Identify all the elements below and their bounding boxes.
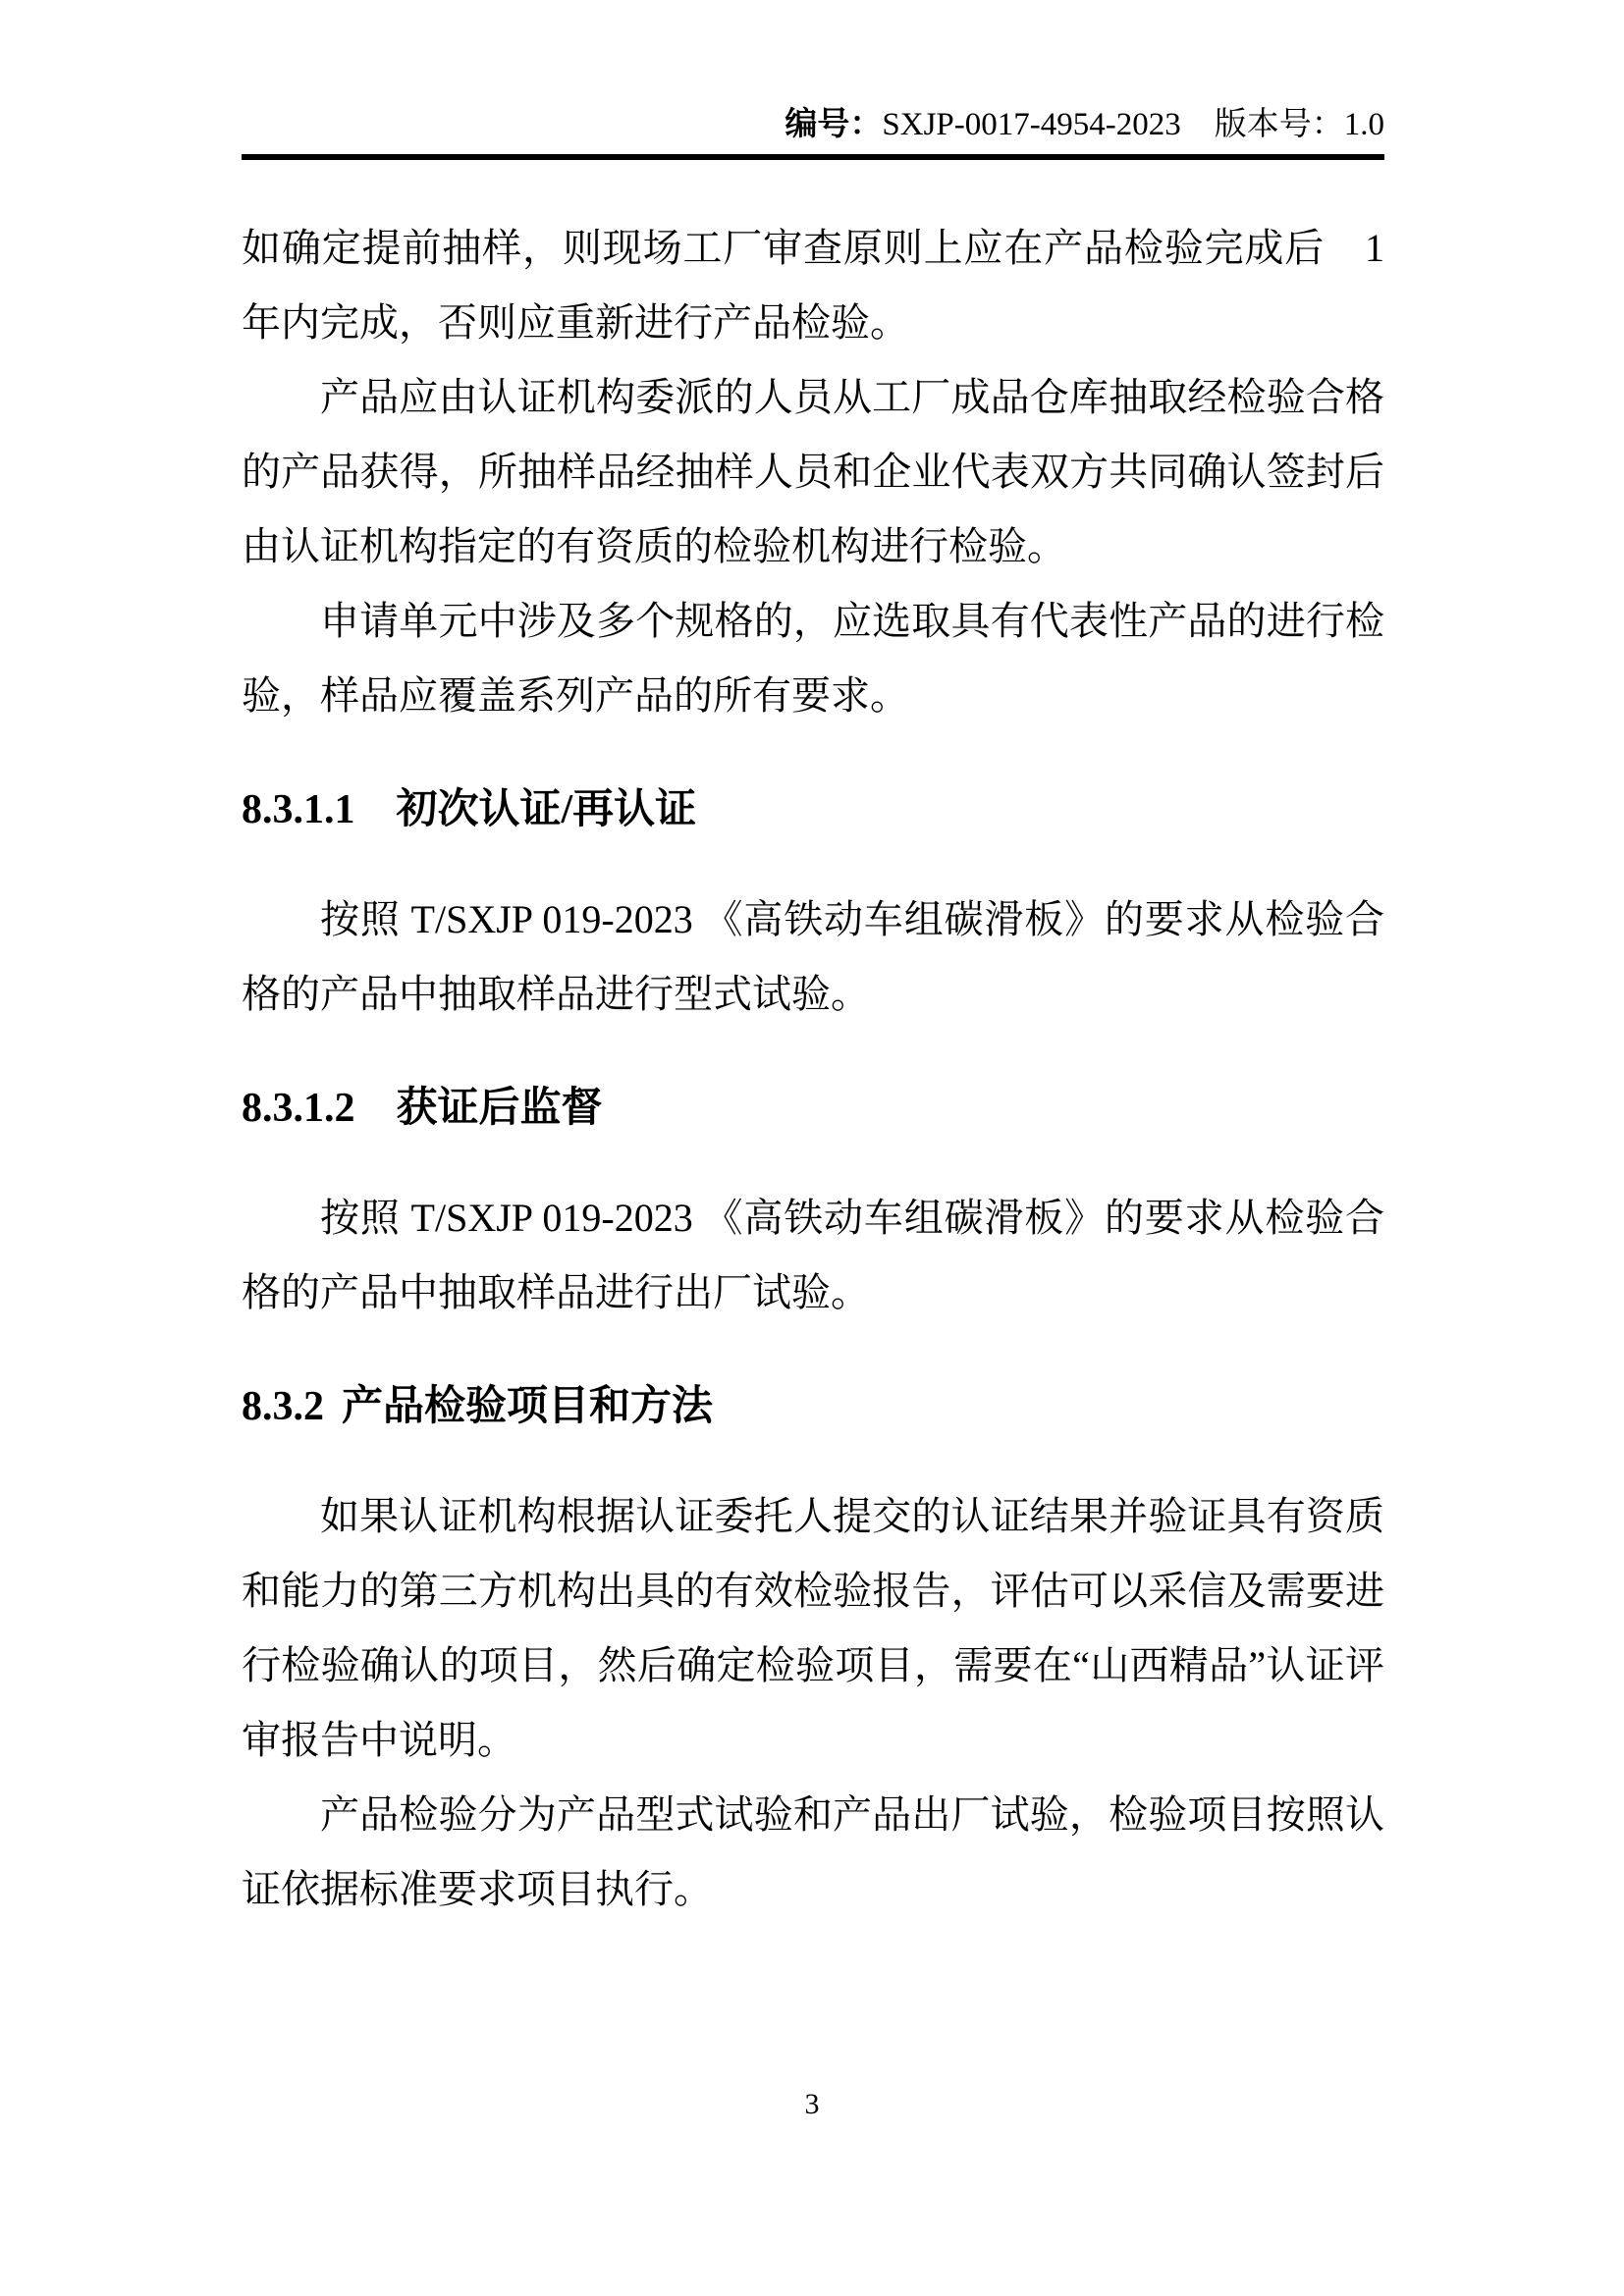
document-page: 编号：SXJP-0017-4954-2023版本号：1.0 如确定提前抽样，则现… [0, 0, 1624, 2296]
heading-post-certification-number: 8.3.1.2 [242, 1086, 355, 1131]
header-divider-rule [242, 154, 1384, 160]
paragraph-factory-test: 按照 T/SXJP 019-2023 《高铁动车组碳滑板》的要求从检验合格的产品… [242, 1181, 1384, 1330]
heading-post-certification-title: 获证后监督 [397, 1086, 603, 1131]
heading-initial-certification-number: 8.3.1.1 [242, 787, 355, 832]
paragraph-test-classification: 产品检验分为产品型式试验和产品出厂试验，检验项目按照认证依据标准要求项目执行。 [242, 1778, 1384, 1927]
document-body: 如确定提前抽样，则现场工厂审查原则上应在产品检验完成后 1 年内完成，否则应重新… [242, 211, 1384, 1927]
heading-inspection-items-methods: 8.3.2产品检验项目和方法 [242, 1369, 1384, 1444]
paragraph-sampling-deadline: 如确定提前抽样，则现场工厂审查原则上应在产品检验完成后 1 年内完成，否则应重新… [242, 211, 1384, 360]
doc-number-label: 编号： [785, 107, 882, 142]
paragraph-type-test: 按照 T/SXJP 019-2023 《高铁动车组碳滑板》的要求从检验合格的产品… [242, 882, 1384, 1032]
heading-initial-certification-title: 初次认证/再认证 [397, 787, 697, 832]
version-value: 1.0 [1344, 107, 1384, 142]
paragraph-sampling-procedure: 产品应由认证机构委派的人员从工厂成品仓库抽取经检验合格的产品获得，所抽样品经抽样… [242, 360, 1384, 584]
heading-inspection-items-number: 8.3.2 [242, 1384, 324, 1429]
paragraph-multiple-specs: 申请单元中涉及多个规格的，应选取具有代表性产品的进行检验，样品应覆盖系列产品的所… [242, 584, 1384, 733]
version-label: 版本号： [1215, 107, 1344, 142]
paragraph-inspection-determination: 如果认证机构根据认证委托人提交的认证结果并验证具有资质和能力的第三方机构出具的有… [242, 1479, 1384, 1778]
doc-number-value: SXJP-0017-4954-2023 [882, 107, 1180, 142]
heading-inspection-items-title: 产品检验项目和方法 [342, 1384, 713, 1429]
page-number: 3 [0, 2085, 1624, 2124]
heading-post-certification-supervision: 8.3.1.2获证后监督 [242, 1071, 1384, 1146]
heading-initial-certification: 8.3.1.1初次认证/再认证 [242, 773, 1384, 847]
document-header: 编号：SXJP-0017-4954-2023版本号：1.0 [242, 104, 1384, 145]
